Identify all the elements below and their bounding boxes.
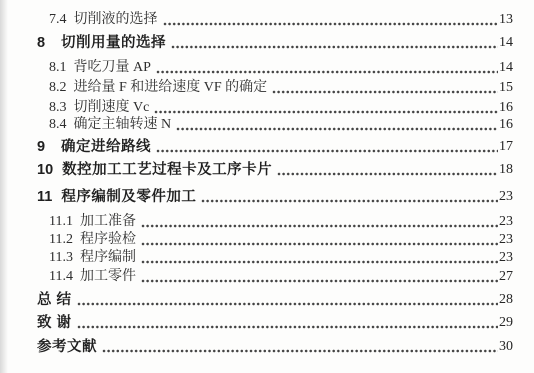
toc-entry-number: 8 — [37, 34, 52, 52]
toc-entry: 9确定进给路线17 — [37, 138, 513, 156]
toc-entry-page-number: 16 — [499, 116, 513, 134]
toc-entry-page-number: 23 — [499, 231, 513, 249]
toc-entry-number: 11 — [37, 188, 52, 206]
dot-leader — [141, 240, 498, 246]
toc-entry-page-number: 16 — [499, 99, 513, 117]
toc-entry-title: 切削速度 Vc — [74, 99, 150, 117]
toc-entry: 8.3切削速度 Vc16 — [49, 99, 513, 117]
toc-entry: 参考文献30 — [37, 338, 513, 356]
toc-entry: 11程序编制及零件加工23 — [37, 188, 513, 206]
toc-entry-title: 进给量 F 和进给速度 VF 的确定 — [74, 79, 268, 97]
toc-entry-title: 加工准备 — [80, 213, 136, 231]
toc-entry-number: 11.1 — [49, 213, 73, 231]
toc-entry-page-number: 15 — [499, 79, 513, 97]
toc-entry-page-number: 14 — [499, 59, 513, 77]
toc-entry: 致 谢29 — [37, 314, 513, 332]
toc-entry: 8.2进给量 F 和进给速度 VF 的确定15 — [49, 79, 513, 97]
toc-entry-title: 总 结 — [37, 291, 72, 309]
toc-entry-page-number: 29 — [499, 314, 513, 332]
toc-entry-number: 8.4 — [49, 116, 67, 134]
toc-entry-title: 程序验检 — [80, 231, 136, 249]
toc-entry-number: 7.4 — [49, 11, 67, 29]
toc-entry-title: 切削液的选择 — [74, 11, 158, 29]
toc-entry-number: 8.2 — [49, 79, 67, 97]
toc-entry-title: 确定进给路线 — [61, 138, 151, 156]
dot-leader — [171, 43, 498, 49]
toc-entry-title: 程序编制 — [80, 249, 136, 267]
dot-leader — [272, 88, 498, 94]
toc-entry-number: 8.3 — [49, 99, 67, 117]
dot-leader — [201, 197, 498, 203]
dot-leader — [156, 68, 498, 74]
dot-leader — [141, 222, 498, 228]
toc-entry-title: 数控加工工艺过程卡及工序卡片 — [62, 161, 272, 179]
toc-entry: 8.1背吃刀量 AP14 — [49, 59, 513, 77]
toc-entry-title: 程序编制及零件加工 — [61, 188, 196, 206]
toc-entry-page-number: 23 — [499, 213, 513, 231]
dot-leader — [156, 147, 498, 153]
toc-entry-number: 11.3 — [49, 249, 73, 267]
toc-entry-number: 11.2 — [49, 231, 73, 249]
page-edge-shadow — [0, 0, 8, 373]
toc-entry-number: 9 — [37, 138, 52, 156]
toc-entry: 8切削用量的选择14 — [37, 34, 513, 52]
toc-entry-page-number: 23 — [499, 188, 513, 206]
toc-entry: 7.4切削液的选择13 — [49, 11, 513, 29]
toc-entry: 11.4加工零件27 — [49, 268, 513, 286]
toc-entry-page-number: 28 — [499, 291, 513, 309]
toc-entry-page-number: 27 — [499, 268, 513, 286]
dot-leader — [77, 300, 498, 306]
toc-entry-page-number: 14 — [499, 34, 513, 52]
toc-entry-page-number: 18 — [499, 161, 513, 179]
dot-leader — [141, 277, 498, 283]
dot-leader — [102, 347, 498, 353]
toc-entry-number: 8.1 — [49, 59, 67, 77]
toc-entry-number: 11.4 — [49, 268, 73, 286]
toc-entry-page-number: 23 — [499, 249, 513, 267]
toc-entry: 总 结28 — [37, 291, 513, 309]
toc-entry-title: 致 谢 — [37, 314, 72, 332]
dot-leader — [154, 108, 498, 114]
toc-entry: 10数控加工工艺过程卡及工序卡片18 — [37, 161, 513, 179]
toc-entry: 11.2程序验检23 — [49, 231, 513, 249]
toc-entry-page-number: 17 — [499, 138, 513, 156]
toc-entry-page-number: 13 — [499, 11, 513, 29]
toc-entry-title: 加工零件 — [80, 268, 136, 286]
toc-entry: 8.4确定主轴转速 N16 — [49, 116, 513, 134]
toc-entry-title: 参考文献 — [37, 338, 97, 356]
dot-leader — [141, 258, 498, 264]
dot-leader — [277, 170, 498, 176]
toc-entry: 11.3程序编制23 — [49, 249, 513, 267]
toc-entry-page-number: 30 — [499, 338, 513, 356]
toc-page: 7.4切削液的选择138切削用量的选择148.1背吃刀量 AP148.2进给量 … — [0, 0, 534, 373]
toc-entry: 11.1加工准备23 — [49, 213, 513, 231]
dot-leader — [176, 125, 498, 131]
toc-entry-title: 切削用量的选择 — [61, 34, 166, 52]
dot-leader — [163, 20, 499, 26]
toc-entry-title: 背吃刀量 AP — [74, 59, 151, 77]
dot-leader — [77, 323, 498, 329]
toc-entry-number: 10 — [37, 161, 53, 179]
toc-entry-title: 确定主轴转速 N — [74, 116, 172, 134]
